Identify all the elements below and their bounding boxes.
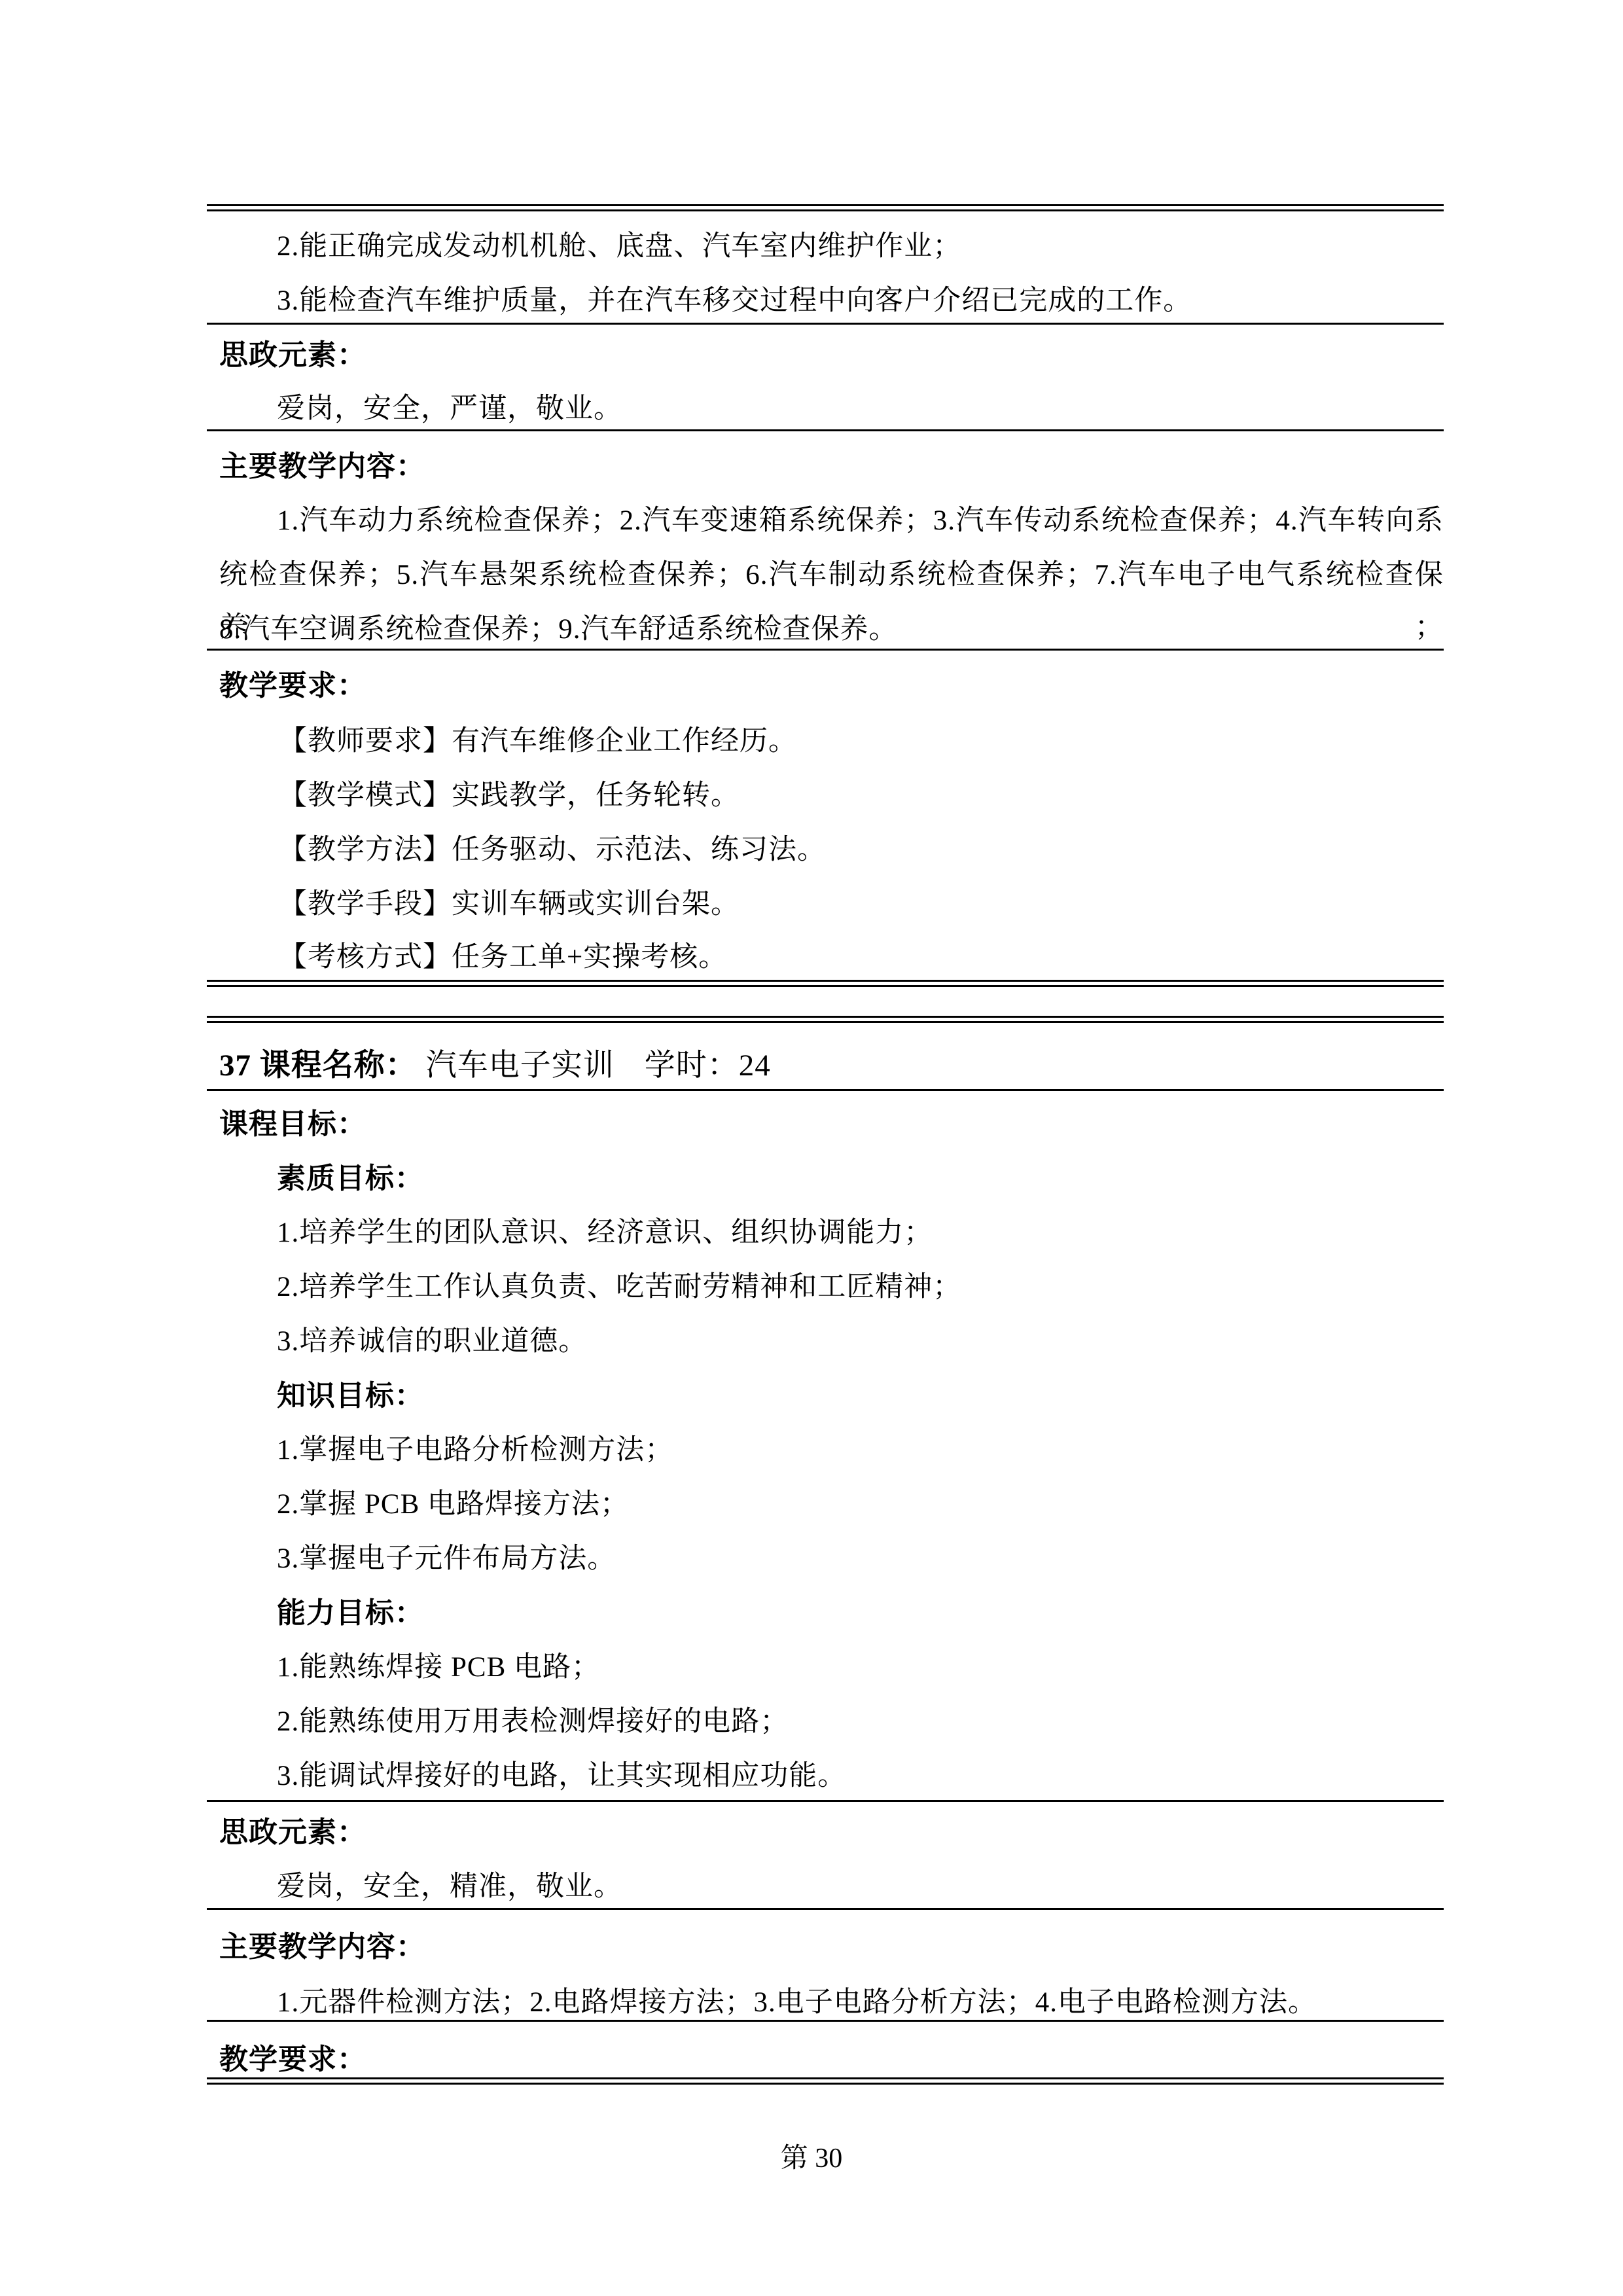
divider: [207, 980, 1444, 987]
list-item: 2.掌握 PCB 电路焊接方法；: [277, 1479, 629, 1531]
list-item: 【教学方法】任务驱动、示范法、练习法。: [279, 824, 826, 876]
list-item: 【考核方式】任务工单+实操考核。: [279, 931, 727, 984]
divider: [207, 1800, 1444, 1802]
divider: [207, 2020, 1444, 2022]
divider: [207, 204, 1444, 211]
list-item: 3.掌握电子元件布局方法。: [277, 1533, 616, 1585]
list-item: 3.能调试焊接好的电路，让其实现相应功能。: [277, 1750, 846, 1803]
subsection-header-quality: 素质目标：: [277, 1153, 424, 1205]
ideology-content: 爱岗，安全，严谨，敬业。: [277, 383, 622, 435]
paragraph-line: 8.汽车空调系统检查保养；9.汽车舒适系统检查保养。: [219, 603, 898, 656]
list-item: 1.能熟练焊接 PCB 电路；: [277, 1641, 600, 1694]
section-header-ideology: 思政元素：: [219, 329, 366, 382]
list-item: 【教学手段】实训车辆或实训台架。: [279, 878, 740, 931]
paragraph-line: 统检查保养；5.汽车悬架系统检查保养；6.汽车制动系统检查保养；7.汽车电子电气…: [219, 549, 1444, 601]
list-item: 3.能检查汽车维护质量，并在汽车移交过程中向客户介绍已完成的工作。: [277, 275, 1192, 327]
course-number: 37: [219, 1049, 251, 1083]
list-item: 2.能熟练使用万用表检测焊接好的电路；: [277, 1696, 789, 1748]
list-item: 2.培养学生工作认真负责、吃苦耐劳精神和工匠精神；: [277, 1261, 961, 1314]
list-item: 1.培养学生的团队意识、经济意识、组织协调能力；: [277, 1207, 933, 1259]
list-item: 1.掌握电子电路分析检测方法；: [277, 1424, 673, 1477]
divider: [207, 649, 1444, 651]
page-number: 第 30: [0, 2139, 1623, 2178]
divider: [207, 2077, 1444, 2085]
course-hours-value: 24: [739, 1049, 771, 1083]
section-header-teaching-content: 主要教学内容：: [219, 1921, 425, 1973]
document-page: 2.能正确完成发动机机舱、底盘、汽车室内维护作业； 3.能检查汽车维护质量，并在…: [0, 0, 1623, 2296]
divider: [207, 1016, 1444, 1023]
subsection-header-knowledge: 知识目标：: [277, 1370, 424, 1422]
list-item: 【教师要求】有汽车维修企业工作经历。: [279, 715, 797, 768]
section-header-course-goal: 课程目标：: [219, 1098, 366, 1151]
subsection-header-ability: 能力目标：: [277, 1587, 424, 1640]
divider: [207, 1908, 1444, 1910]
section-header-teaching-req: 教学要求：: [219, 660, 366, 712]
ideology-content: 爱岗，安全，精准，敬业。: [277, 1861, 622, 1913]
course-name-label: 课程名称：: [260, 1049, 417, 1083]
list-item: 2.能正确完成发动机机舱、底盘、汽车室内维护作业；: [277, 221, 961, 273]
section-header-ideology: 思政元素：: [219, 1806, 366, 1859]
divider: [207, 429, 1444, 431]
course-name: 汽车电子实训: [426, 1049, 615, 1083]
divider: [207, 1089, 1444, 1091]
divider: [207, 323, 1444, 325]
list-item: 【教学模式】实践教学，任务轮转。: [279, 770, 740, 822]
course-title: 37 课程名称：汽车电子实训学时：24: [219, 1038, 771, 1093]
list-item: 3.培养诚信的职业道德。: [277, 1316, 587, 1368]
section-header-teaching-content: 主要教学内容：: [219, 440, 425, 493]
course-hours-label: 学时：: [645, 1049, 739, 1083]
paragraph-line: 1.汽车动力系统检查保养；2.汽车变速箱系统保养；3.汽车传动系统检查保养；4.…: [277, 495, 1444, 547]
